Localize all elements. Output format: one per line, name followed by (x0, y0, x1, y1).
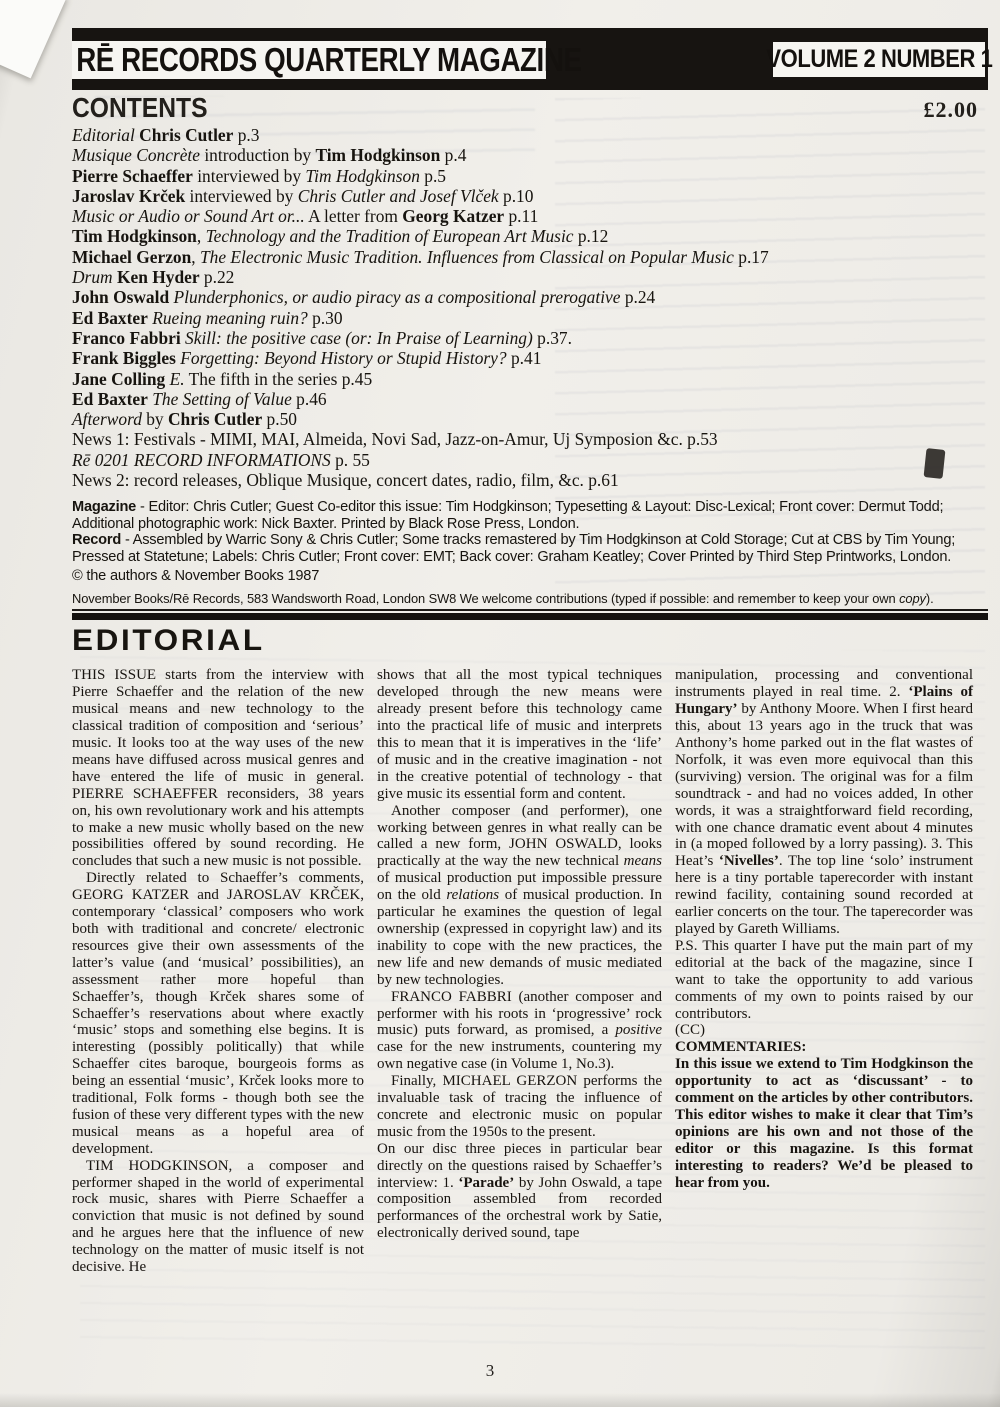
contents-item: Tim Hodgkinson, Technology and the Tradi… (72, 226, 988, 246)
page-content: RĒ RECORDS QUARTERLY MAGAZINE VOLUME 2 N… (72, 0, 988, 1276)
table-of-contents: Editorial Chris Cutler p.3 Musique Concr… (72, 125, 988, 490)
masthead-bar: RĒ RECORDS QUARTERLY MAGAZINE VOLUME 2 N… (72, 28, 988, 90)
editorial-body: THIS ISSUE starts from the interview wit… (72, 667, 988, 1276)
paragraph: Directly related to Schaeffer’s comments… (72, 870, 364, 1157)
volume-number: VOLUME 2 NUMBER 1 (766, 45, 992, 74)
contents-item: Franco Fabbri Skill: the positive case (… (72, 328, 988, 348)
commentaries-heading: COMMENTARIES: (675, 1039, 973, 1056)
magazine-credits: Magazine - Editor: Chris Cutler; Guest C… (72, 499, 988, 532)
editorial-column-2: shows that all the most typical techniqu… (377, 667, 662, 1276)
contents-item: Musique Concrète introduction by Tim Hod… (72, 145, 988, 165)
contents-item: Afterword by Chris Cutler p.50 (72, 409, 988, 429)
paragraph: TIM HODGKINSON, a composer and performer… (72, 1158, 364, 1276)
editor-initials: (CC) (675, 1022, 973, 1039)
contents-item: Ed Baxter Rueing meaning ruin? p.30 (72, 308, 988, 328)
contents-item: Jaroslav Krček interviewed by Chris Cutl… (72, 186, 988, 206)
paragraph: shows that all the most typical techniqu… (377, 667, 662, 802)
paragraph: manipulation, processing and conventiona… (675, 667, 973, 938)
record-credits: Record - Assembled by Warric Sony & Chri… (72, 532, 988, 565)
contents-item: Drum Ken Hyder p.22 (72, 267, 988, 287)
price-label: £2.00 (924, 97, 979, 123)
credits-block: Magazine - Editor: Chris Cutler; Guest C… (72, 499, 988, 584)
address-line: November Books/Rē Records, 583 Wandswort… (72, 591, 988, 611)
scan-corner-fold (0, 0, 67, 78)
contents-item: Michael Gerzon, The Electronic Music Tra… (72, 247, 988, 267)
magazine-title-box: RĒ RECORDS QUARTERLY MAGAZINE (72, 41, 546, 79)
section-divider (72, 613, 988, 620)
contents-heading: CONTENTS (72, 92, 208, 124)
paragraph: THIS ISSUE starts from the interview wit… (72, 667, 364, 870)
contents-item: Rē 0201 RECORD INFORMATIONS p. 55 (72, 450, 988, 470)
page-number: 3 (0, 1361, 980, 1381)
contents-item: Music or Audio or Sound Art or... A lett… (72, 206, 988, 226)
volume-number-box: VOLUME 2 NUMBER 1 (773, 42, 985, 77)
paragraph: On our disc three pieces in particular b… (377, 1141, 662, 1242)
editorial-heading: EDITORIAL (72, 624, 265, 658)
contents-item: Frank Biggles Forgetting: Beyond History… (72, 348, 988, 368)
contents-item: Pierre Schaeffer interviewed by Tim Hodg… (72, 166, 988, 186)
contents-item: Ed Baxter The Setting of Value p.46 (72, 389, 988, 409)
paragraph: P.S. This quarter I have put the main pa… (675, 938, 973, 1023)
contents-header-row: CONTENTS £2.00 (72, 92, 988, 124)
contents-item: News 1: Festivals - MIMI, MAI, Almeida, … (72, 429, 988, 449)
contents-item: Editorial Chris Cutler p.3 (72, 125, 988, 145)
paragraph: FRANCO FABBRI (another composer and perf… (377, 989, 662, 1074)
paragraph: Another composer (and performer), one wo… (377, 803, 662, 989)
editorial-column-3: manipulation, processing and conventiona… (675, 667, 973, 1276)
contents-item: Jane Colling E. The fifth in the series … (72, 369, 988, 389)
commentaries-paragraph: In this issue we extend to Tim Hodgkinso… (675, 1056, 973, 1191)
copyright-line: © the authors & November Books 1987 (72, 568, 988, 584)
editorial-column-1: THIS ISSUE starts from the interview wit… (72, 667, 364, 1276)
contents-item: John Oswald Plunderphonics, or audio pir… (72, 287, 988, 307)
magazine-page: RĒ RECORDS QUARTERLY MAGAZINE VOLUME 2 N… (0, 0, 1000, 1407)
paragraph: Finally, MICHAEL GERZON performs the inv… (377, 1073, 662, 1141)
contents-item: News 2: record releases, Oblique Musique… (72, 470, 988, 490)
magazine-title: RĒ RECORDS QUARTERLY MAGAZINE (72, 41, 582, 79)
